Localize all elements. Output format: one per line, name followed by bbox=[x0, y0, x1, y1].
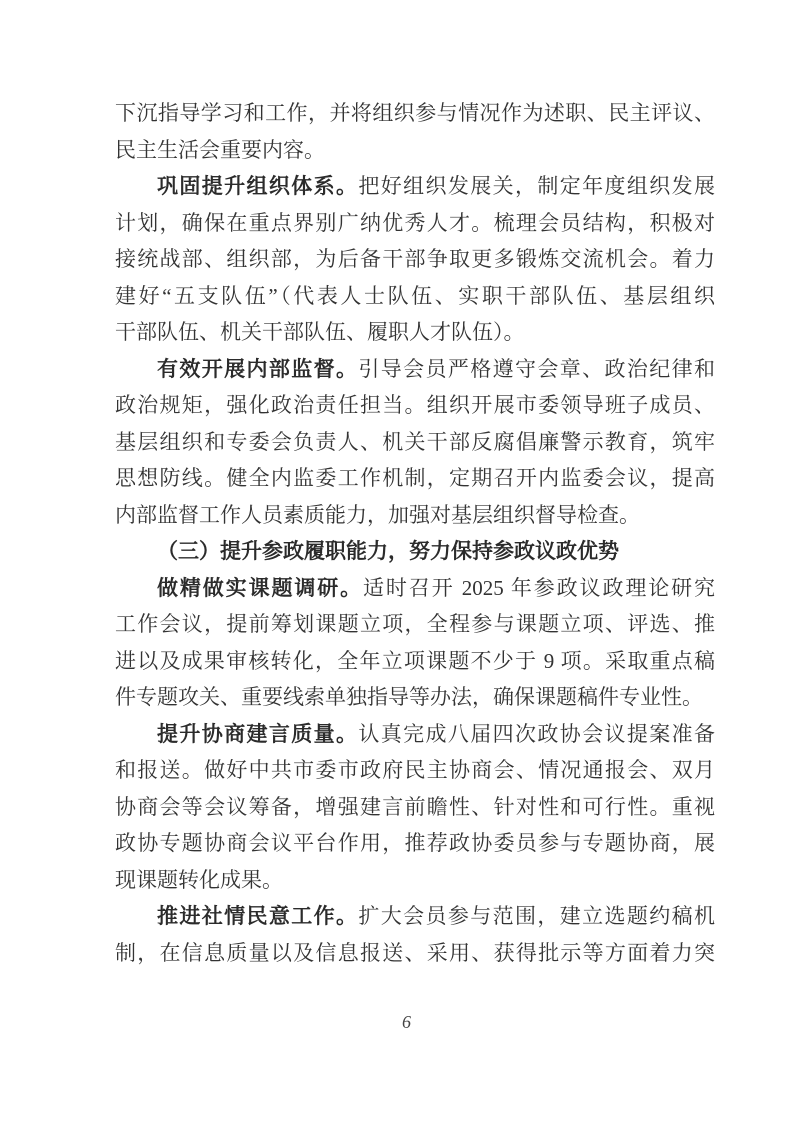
document-text-block: 下沉指导学习和工作，并将组织参与情况作为述职、民主评议、民主生活会重要内容。巩固… bbox=[115, 95, 715, 971]
para-consultation-quality-line-1: 提升协商建言质量。认真完成八届四次政协会议提案准备 bbox=[115, 716, 715, 753]
para-research-topics-line-3: 进以及成果审核转化，全年立项课题不少于 9 项。采取重点稿 bbox=[115, 643, 715, 680]
document-page: 下沉指导学习和工作，并将组织参与情况作为述职、民主评议、民主生活会重要内容。巩固… bbox=[0, 0, 793, 1122]
para-internal-supervision-line-4: 思想防线。健全内监委工作机制，定期召开内监委会议，提高 bbox=[115, 460, 715, 497]
bold-text-run: 推进社情民意工作。 bbox=[157, 904, 358, 928]
para-internal-supervision-line-1: 有效开展内部监督。引导会员严格遵守会章、政治纪律和 bbox=[115, 351, 715, 388]
text-run: 政协专题协商会议平台作用，推荐政协委员参与专题协商，展 bbox=[115, 831, 715, 855]
text-run: 下沉指导学习和工作，并将组织参与情况作为述职、民主评议、 bbox=[115, 101, 715, 125]
bold-text-run: 提升协商建言质量。 bbox=[157, 722, 358, 746]
text-run: 把好组织发展关，制定年度组织发展 bbox=[358, 174, 715, 198]
para-organization-system-line-5: 干部队伍、机关干部队伍、履职人才队伍）。 bbox=[115, 314, 715, 351]
para-organization-system-line-3: 接统战部、组织部，为后备干部争取更多锻炼交流机会。着力 bbox=[115, 241, 715, 278]
text-run: 计划，确保在重点界别广纳优秀人才。梳理会员结构，积极对 bbox=[115, 211, 715, 235]
bold-text-run: 有效开展内部监督。 bbox=[157, 357, 358, 381]
text-run: 制，在信息质量以及信息报送、采用、获得批示等方面着力突 bbox=[115, 941, 715, 965]
para-public-sentiment-line-1: 推进社情民意工作。扩大会员参与范围，建立选题约稿机 bbox=[115, 898, 715, 935]
text-run: 接统战部、组织部，为后备干部争取更多锻炼交流机会。着力 bbox=[115, 247, 715, 271]
para-research-topics-line-4: 件专题攻关、重要线索单独指导等办法，确保课题稿件专业性。 bbox=[115, 679, 715, 716]
text-run: 件专题攻关、重要线索单独指导等办法，确保课题稿件专业性。 bbox=[115, 685, 703, 709]
text-run: 引导会员严格遵守会章、政治纪律和 bbox=[358, 357, 715, 381]
para-internal-supervision-line-5: 内部监督工作人员素质能力，加强对基层组织督导检查。 bbox=[115, 497, 715, 534]
text-run: 现课题转化成果。 bbox=[115, 868, 283, 892]
text-run: 政治规矩，强化政治责任担当。组织开展市委领导班子成员、 bbox=[115, 393, 715, 417]
heading-section-3-line-1: （三）提升参政履职能力，努力保持参政议政优势 bbox=[115, 533, 715, 570]
para-research-topics-line-2: 工作会议，提前筹划课题立项，全程参与课题立项、评选、推 bbox=[115, 606, 715, 643]
text-run: 认真完成八届四次政协会议提案准备 bbox=[358, 722, 715, 746]
bold-text-run: 巩固提升组织体系。 bbox=[157, 174, 358, 198]
para-organization-system-line-4: 建好“五支队伍”（代表人士队伍、实职干部队伍、基层组织 bbox=[115, 278, 715, 315]
text-run: 民主生活会重要内容。 bbox=[115, 138, 325, 162]
para-organization-system-line-1: 巩固提升组织体系。把好组织发展关，制定年度组织发展 bbox=[115, 168, 715, 205]
para-organization-system-line-2: 计划，确保在重点界别广纳优秀人才。梳理会员结构，积极对 bbox=[115, 205, 715, 242]
para-public-sentiment-line-2: 制，在信息质量以及信息报送、采用、获得批示等方面着力突 bbox=[115, 935, 715, 972]
text-run: 协商会等会议筹备，增强建言前瞻性、针对性和可行性。重视 bbox=[115, 795, 715, 819]
bold-text-run: 做精做实课题调研。 bbox=[157, 576, 363, 600]
text-run: 扩大会员参与范围，建立选题约稿机 bbox=[358, 904, 715, 928]
bold-text-run: （三）提升参政履职能力，努力保持参政议政优势 bbox=[157, 539, 619, 563]
text-run: 内部监督工作人员素质能力，加强对基层组织督导检查。 bbox=[115, 503, 640, 527]
text-run: 干部队伍、机关干部队伍、履职人才队伍）。 bbox=[115, 320, 525, 344]
para-consultation-quality-line-4: 政协专题协商会议平台作用，推荐政协委员参与专题协商，展 bbox=[115, 825, 715, 862]
text-run: 和报送。做好中共市委市政府民主协商会、情况通报会、双月 bbox=[115, 758, 715, 782]
text-run: 建好“五支队伍”（代表人士队伍、实职干部队伍、基层组织 bbox=[115, 284, 715, 308]
text-run: 思想防线。健全内监委工作机制，定期召开内监委会议，提高 bbox=[115, 466, 715, 490]
para-research-topics-line-1: 做精做实课题调研。适时召开 2025 年参政议政理论研究 bbox=[115, 570, 715, 607]
para-consultation-quality-line-5: 现课题转化成果。 bbox=[115, 862, 715, 899]
text-run: 工作会议，提前筹划课题立项，全程参与课题立项、评选、推 bbox=[115, 612, 715, 636]
page-number: 6 bbox=[10, 1006, 793, 1038]
text-run: 进以及成果审核转化，全年立项课题不少于 9 项。采取重点稿 bbox=[115, 649, 715, 673]
para-consultation-quality-line-3: 协商会等会议筹备，增强建言前瞻性、针对性和可行性。重视 bbox=[115, 789, 715, 826]
para-continuation-line-2: 民主生活会重要内容。 bbox=[115, 132, 715, 169]
text-run: 适时召开 2025 年参政议政理论研究 bbox=[363, 576, 715, 600]
para-consultation-quality-line-2: 和报送。做好中共市委市政府民主协商会、情况通报会、双月 bbox=[115, 752, 715, 789]
para-internal-supervision-line-3: 基层组织和专委会负责人、机关干部反腐倡廉警示教育，筑牢 bbox=[115, 424, 715, 461]
text-run: 基层组织和专委会负责人、机关干部反腐倡廉警示教育，筑牢 bbox=[115, 430, 715, 454]
para-internal-supervision-line-2: 政治规矩，强化政治责任担当。组织开展市委领导班子成员、 bbox=[115, 387, 715, 424]
para-continuation-line-1: 下沉指导学习和工作，并将组织参与情况作为述职、民主评议、 bbox=[115, 95, 715, 132]
